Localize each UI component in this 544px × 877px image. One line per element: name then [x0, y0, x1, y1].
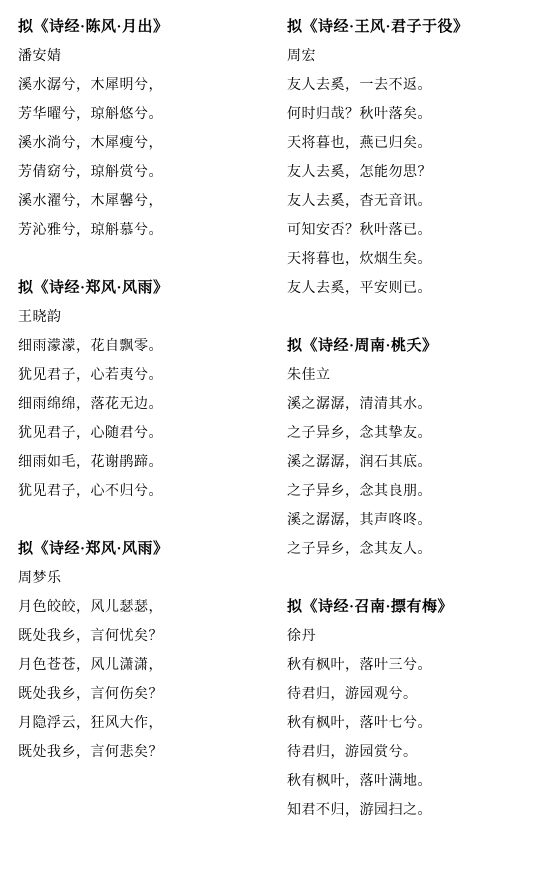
poem-line: 知君不归，游园扫之。 [287, 796, 539, 825]
poem-line: 天将暮也，炊烟生矣。 [287, 245, 539, 274]
poem-line: 既处我乡，言何伤矣？ [18, 680, 280, 709]
document-page: 拟《诗经·陈风·月出》潘安婧溪水潺兮，木犀明兮，芳华曜兮，琼斛悠兮。溪水淌兮，木… [0, 0, 544, 877]
poem-line: 既处我乡，言何忧矣？ [18, 622, 280, 651]
poem-line: 溪之潺潺，清清其水。 [287, 390, 539, 419]
poem-line: 溪之潺潺，润石其底。 [287, 448, 539, 477]
poem-line: 溪水潺兮，木犀明兮， [18, 71, 280, 100]
poem: 拟《诗经·郑风·风雨》周梦乐月色皎皎，风儿瑟瑟，既处我乡，言何忧矣？月色苍苍，风… [18, 535, 280, 767]
poem-line: 溪水淌兮，木犀瘦兮， [18, 129, 280, 158]
poem: 拟《诗经·召南·摽有梅》徐丹秋有枫叶，落叶三兮。待君归，游园观兮。秋有枫叶，落叶… [287, 593, 539, 825]
poem-line: 细雨如毛，花谢鹃蹄。 [18, 448, 280, 477]
poem-line: 友人去奚，一去不返。 [287, 71, 539, 100]
poem-line: 之子异乡，念其挚友。 [287, 419, 539, 448]
poem-line: 既处我乡，言何悲矣？ [18, 738, 280, 767]
poem: 拟《诗经·陈风·月出》潘安婧溪水潺兮，木犀明兮，芳华曜兮，琼斛悠兮。溪水淌兮，木… [18, 13, 280, 245]
poem-author: 徐丹 [287, 622, 539, 651]
poem-line: 芳沁雅兮，琼斛慕兮。 [18, 216, 280, 245]
poem-line: 犹见君子，心不归兮。 [18, 477, 280, 506]
poem-line: 月色苍苍，风儿潇潇， [18, 651, 280, 680]
poem-line: 犹见君子，心若夷兮。 [18, 361, 280, 390]
poem-title: 拟《诗经·王风·君子于役》 [287, 13, 539, 42]
poem-title: 拟《诗经·召南·摽有梅》 [287, 593, 539, 622]
poem-line: 友人去奚，怎能勿思？ [287, 158, 539, 187]
poem-line: 何时归哉？秋叶落矣。 [287, 100, 539, 129]
poem-line: 溪之潺潺，其声咚咚。 [287, 506, 539, 535]
poem-line: 友人去奚，平安则已。 [287, 274, 539, 303]
poem-line: 可知安否？秋叶落已。 [287, 216, 539, 245]
poem-title: 拟《诗经·周南·桃夭》 [287, 332, 539, 361]
poem-line: 秋有枫叶，落叶七兮。 [287, 709, 539, 738]
poem-line: 犹见君子，心随君兮。 [18, 419, 280, 448]
poem-line: 之子异乡，念其良朋。 [287, 477, 539, 506]
poem-line: 之子异乡，念其友人。 [287, 535, 539, 564]
poem-title: 拟《诗经·郑风·风雨》 [18, 535, 280, 564]
poem: 拟《诗经·周南·桃夭》朱佳立溪之潺潺，清清其水。之子异乡，念其挚友。溪之潺潺，润… [287, 332, 539, 564]
poem-line: 待君归，游园赏兮。 [287, 738, 539, 767]
poem-author: 潘安婧 [18, 42, 280, 71]
poem-line: 芳华曜兮，琼斛悠兮。 [18, 100, 280, 129]
poem-line: 秋有枫叶，落叶满地。 [287, 767, 539, 796]
poem-title: 拟《诗经·陈风·月出》 [18, 13, 280, 42]
poem-line: 芳倩窈兮，琼斛赏兮。 [18, 158, 280, 187]
poem-author: 王晓韵 [18, 303, 280, 332]
poem-line: 月隐浮云，狂风大作， [18, 709, 280, 738]
poem-line: 月色皎皎，风儿瑟瑟， [18, 593, 280, 622]
poem-line: 待君归，游园观兮。 [287, 680, 539, 709]
poem-line: 溪水濯兮，木犀馨兮， [18, 187, 280, 216]
poem-line: 友人去奚，杳无音讯。 [287, 187, 539, 216]
right-column: 拟《诗经·王风·君子于役》周宏友人去奚，一去不返。何时归哉？秋叶落矣。天将暮也，… [287, 13, 539, 854]
poem-author: 周宏 [287, 42, 539, 71]
poem-line: 秋有枫叶，落叶三兮。 [287, 651, 539, 680]
poem-line: 细雨绵绵，落花无边。 [18, 390, 280, 419]
poem: 拟《诗经·王风·君子于役》周宏友人去奚，一去不返。何时归哉？秋叶落矣。天将暮也，… [287, 13, 539, 303]
poem: 拟《诗经·郑风·风雨》王晓韵细雨濛濛，花自飘零。犹见君子，心若夷兮。细雨绵绵，落… [18, 274, 280, 506]
poem-line: 天将暮也，燕已归矣。 [287, 129, 539, 158]
left-column: 拟《诗经·陈风·月出》潘安婧溪水潺兮，木犀明兮，芳华曜兮，琼斛悠兮。溪水淌兮，木… [18, 13, 280, 796]
poem-author: 朱佳立 [287, 361, 539, 390]
poem-author: 周梦乐 [18, 564, 280, 593]
poem-line: 细雨濛濛，花自飘零。 [18, 332, 280, 361]
poem-title: 拟《诗经·郑风·风雨》 [18, 274, 280, 303]
